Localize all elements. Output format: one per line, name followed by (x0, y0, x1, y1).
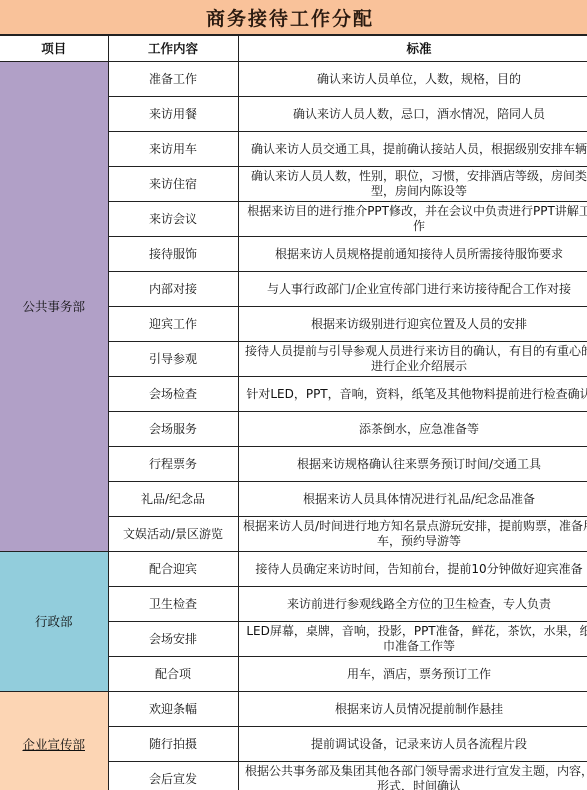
task-cell[interactable]: 会场安排 (108, 622, 238, 657)
task-cell[interactable]: 会场检查 (108, 377, 238, 412)
task-cell[interactable]: 来访会议 (108, 202, 238, 237)
standard-cell[interactable]: 根据来访级别进行迎宾位置及人员的安排 (238, 307, 587, 342)
standard-cell[interactable]: 根据来访人员具体情况进行礼品/纪念品准备 (238, 482, 587, 517)
header-standard[interactable]: 标准 (238, 36, 587, 62)
task-cell[interactable]: 配合项 (108, 657, 238, 692)
dept-cell-corporate-pr[interactable]: 企业宣传部 (0, 692, 108, 790)
standard-cell[interactable]: 确认来访人员交通工具，提前确认接站人员，根据级别安排车辆 (238, 132, 587, 167)
standard-cell[interactable]: 与人事行政部门/企业宣传部门进行来访接待配合工作对接 (238, 272, 587, 307)
task-cell[interactable]: 配合迎宾 (108, 552, 238, 587)
task-cell[interactable]: 会场服务 (108, 412, 238, 447)
task-cell[interactable]: 随行拍摄 (108, 727, 238, 762)
table-row: 企业宣传部 欢迎条幅 根据来访人员情况提前制作悬挂 (0, 692, 587, 727)
standard-cell[interactable]: LED屏幕，桌牌，音响，投影，PPT准备，鲜花，茶饮，水果，纸巾准备工作等 (238, 622, 587, 657)
task-cell[interactable]: 准备工作 (108, 62, 238, 97)
sheet-title: 商务接待工作分配 (206, 4, 374, 31)
standard-cell[interactable]: 接待人员提前与引导参观人员进行来访目的确认，有目的有重心的进行企业介绍展示 (238, 342, 587, 377)
task-cell[interactable]: 引导参观 (108, 342, 238, 377)
standard-cell[interactable]: 提前调试设备，记录来访人员各流程片段 (238, 727, 587, 762)
sheet-title-bar: 商务接待工作分配 (0, 0, 587, 35)
standard-cell[interactable]: 来访前进行参观线路全方位的卫生检查，专人负责 (238, 587, 587, 622)
standard-cell[interactable]: 根据来访规格确认往来票务预订时间/交通工具 (238, 447, 587, 482)
standard-cell[interactable]: 确认来访人员单位，人数，规格，目的 (238, 62, 587, 97)
standard-cell[interactable]: 用车，酒店，票务预订工作 (238, 657, 587, 692)
task-cell[interactable]: 文娱活动/景区游览 (108, 517, 238, 552)
task-cell[interactable]: 来访住宿 (108, 167, 238, 202)
task-cell[interactable]: 行程票务 (108, 447, 238, 482)
header-content[interactable]: 工作内容 (108, 36, 238, 62)
task-cell[interactable]: 来访用餐 (108, 97, 238, 132)
dept-cell-administration[interactable]: 行政部 (0, 552, 108, 692)
task-cell[interactable]: 欢迎条幅 (108, 692, 238, 727)
task-cell[interactable]: 迎宾工作 (108, 307, 238, 342)
standard-cell[interactable]: 根据公共事务部及集团其他各部门领导需求进行宣发主题，内容，形式，时间确认 (238, 762, 587, 790)
dept-cell-public-affairs[interactable]: 公共事务部 (0, 62, 108, 552)
standard-cell[interactable]: 确认来访人员人数，忌口，酒水情况，陪同人员 (238, 97, 587, 132)
task-cell[interactable]: 接待服饰 (108, 237, 238, 272)
header-project[interactable]: 项目 (0, 36, 108, 62)
task-cell[interactable]: 内部对接 (108, 272, 238, 307)
standard-cell[interactable]: 确认来访人员人数，性别，职位，习惯，安排酒店等级，房间类型，房间内陈设等 (238, 167, 587, 202)
standard-cell[interactable]: 根据来访目的进行推介PPT修改，并在会议中负责进行PPT讲解工作 (238, 202, 587, 237)
standard-cell[interactable]: 根据来访人员/时间进行地方知名景点游玩安排，提前购票，准备用车，预约导游等 (238, 517, 587, 552)
task-cell[interactable]: 卫生检查 (108, 587, 238, 622)
table-row: 行政部 配合迎宾 接待人员确定来访时间，告知前台，提前10分钟做好迎宾准备 (0, 552, 587, 587)
standard-cell[interactable]: 针对LED，PPT，音响，资料，纸笔及其他物料提前进行检查确认 (238, 377, 587, 412)
header-row: 项目 工作内容 标准 (0, 36, 587, 62)
standard-cell[interactable]: 添茶倒水，应急准备等 (238, 412, 587, 447)
task-cell[interactable]: 会后宣发 (108, 762, 238, 790)
reception-assignment-table: 项目 工作内容 标准 公共事务部 准备工作 确认来访人员单位，人数，规格，目的 … (0, 35, 587, 790)
standard-cell[interactable]: 接待人员确定来访时间，告知前台，提前10分钟做好迎宾准备 (238, 552, 587, 587)
standard-cell[interactable]: 根据来访人员情况提前制作悬挂 (238, 692, 587, 727)
table-row: 公共事务部 准备工作 确认来访人员单位，人数，规格，目的 (0, 62, 587, 97)
task-cell[interactable]: 来访用车 (108, 132, 238, 167)
task-cell[interactable]: 礼品/纪念品 (108, 482, 238, 517)
standard-cell[interactable]: 根据来访人员规格提前通知接待人员所需接待服饰要求 (238, 237, 587, 272)
